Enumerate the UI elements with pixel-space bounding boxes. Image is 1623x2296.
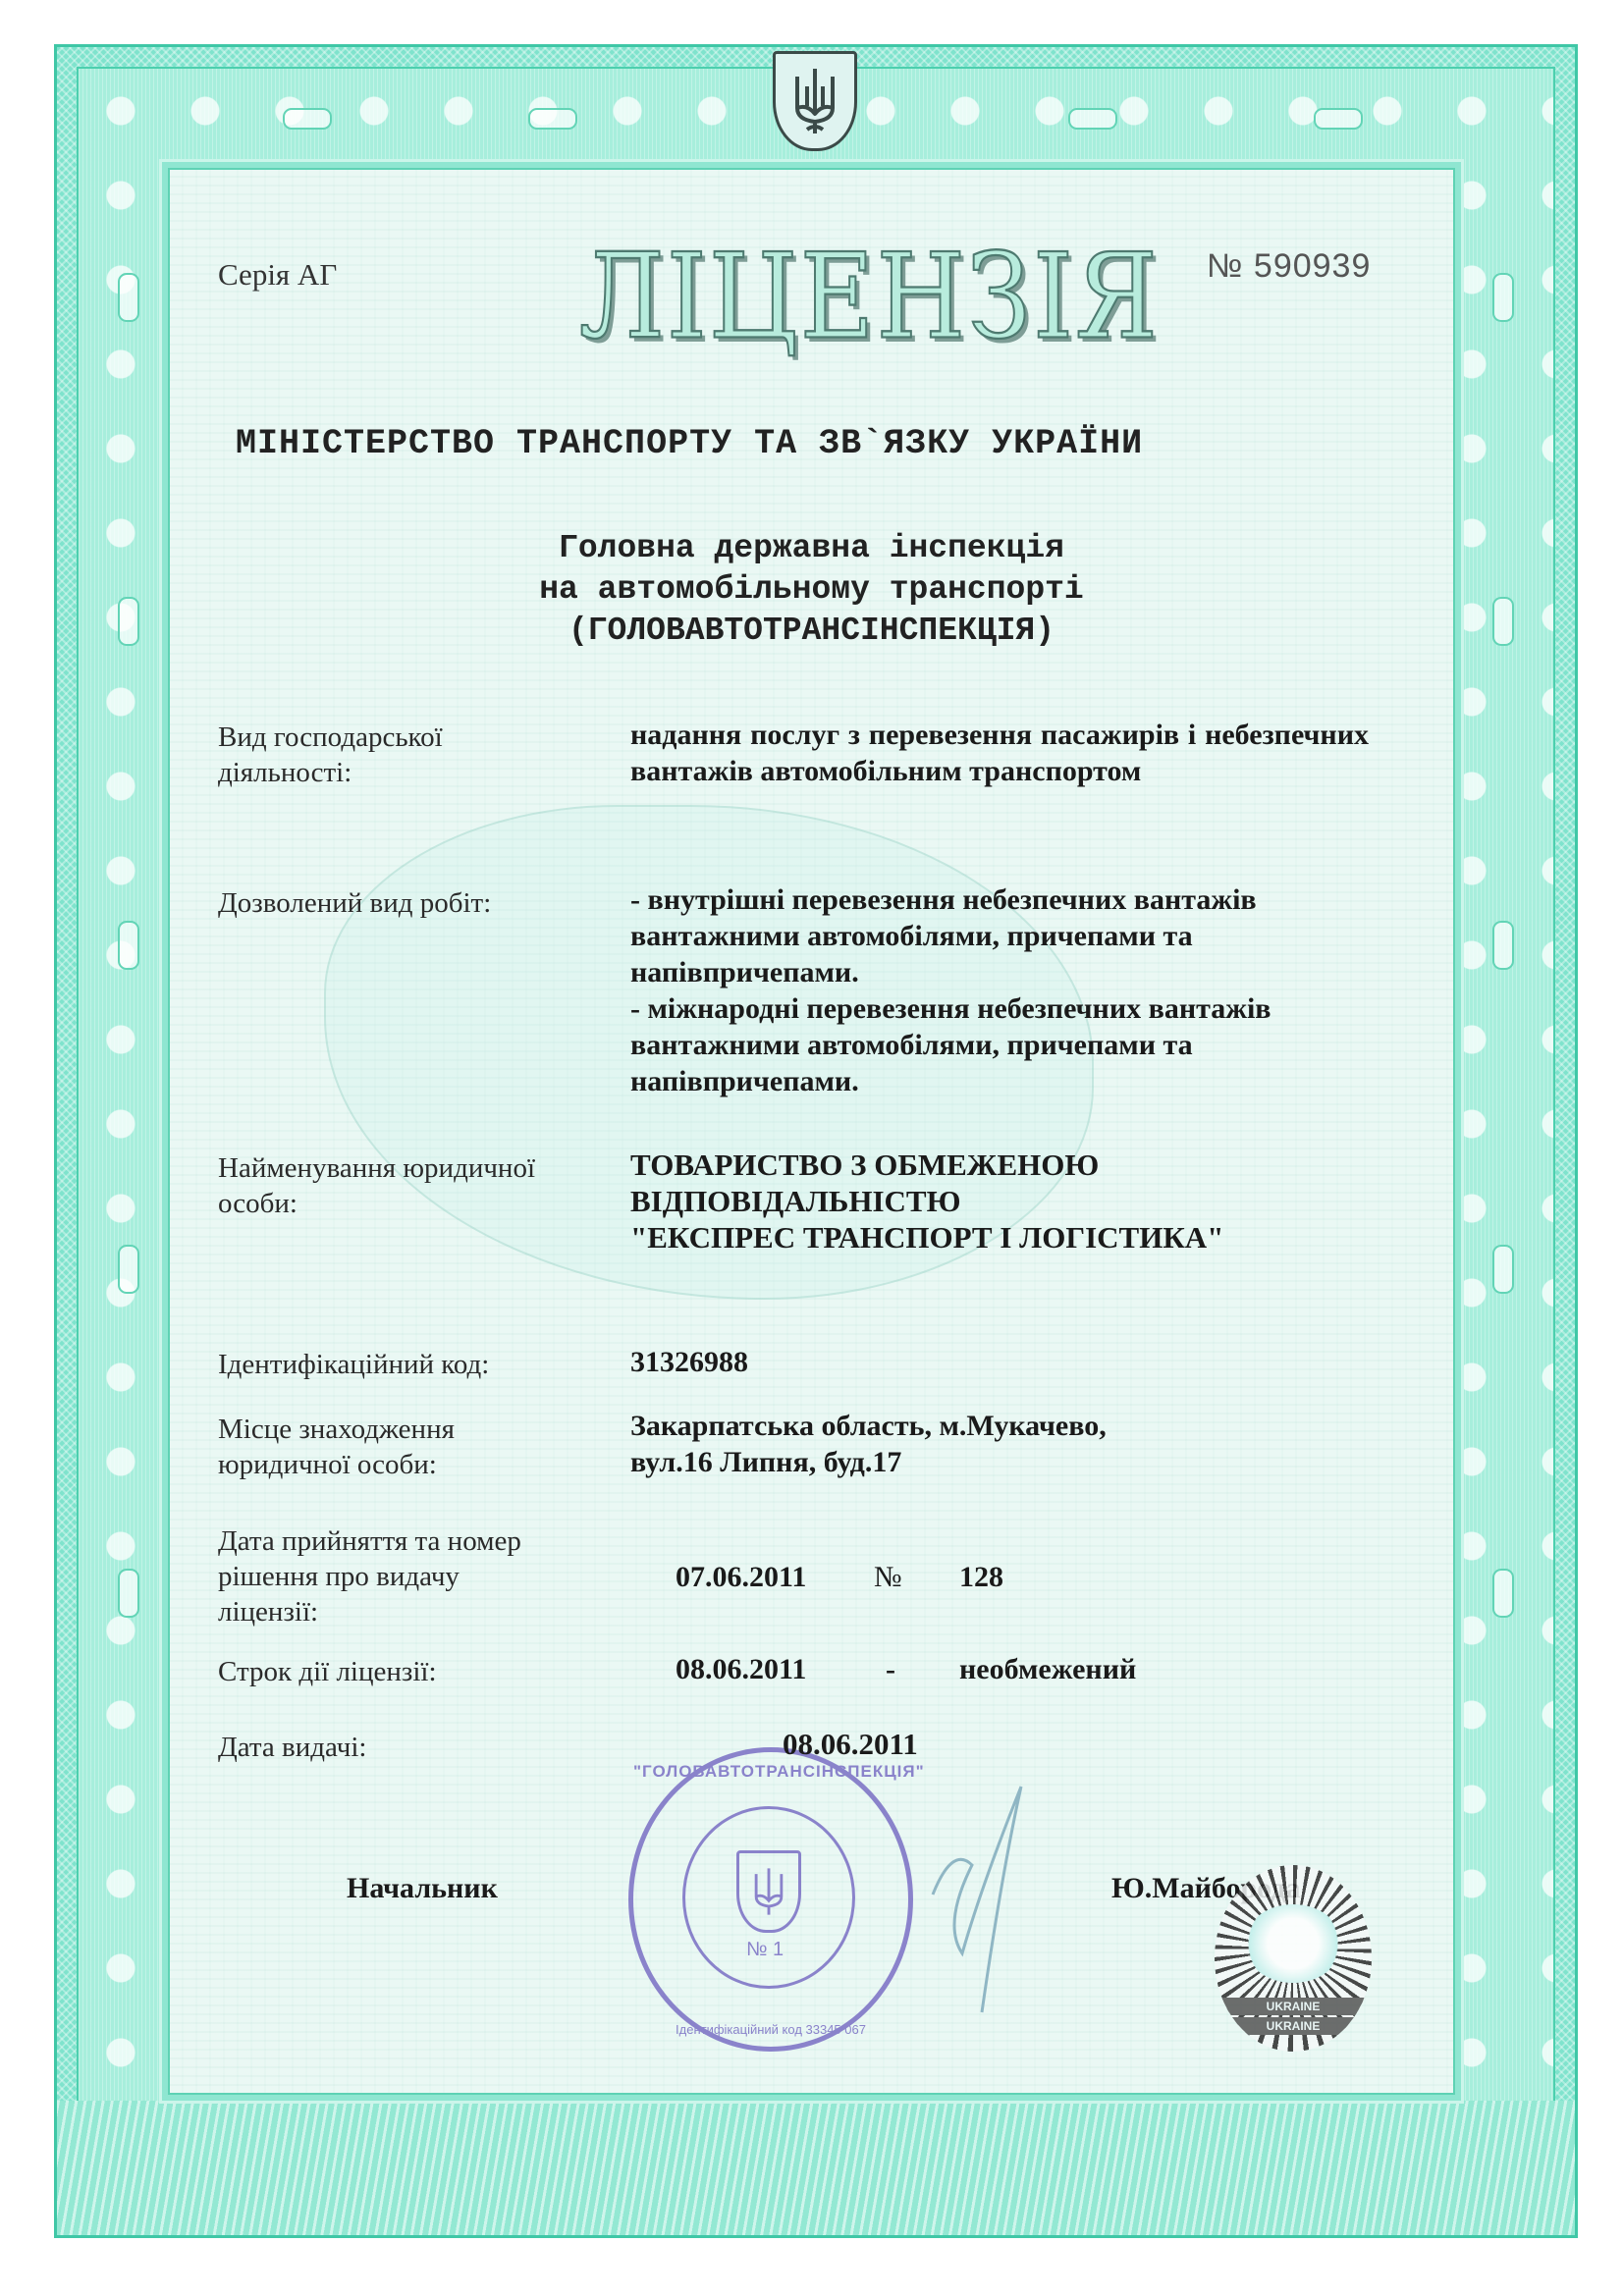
border-ornament <box>118 1245 139 1294</box>
validity-label: Строк дії ліцензії: <box>218 1654 437 1689</box>
border-ornament <box>283 108 332 130</box>
value-line: напівпричепами. <box>630 1063 1271 1099</box>
value-line: вантажними автомобілями, причепами та <box>630 918 1271 954</box>
label-line: Найменування юридичної <box>218 1150 535 1186</box>
value-line: вантажними автомобілями, причепами та <box>630 1027 1271 1063</box>
decision-label: Дата прийняття та номер рішення про вида… <box>218 1523 521 1629</box>
label-line: діяльності: <box>218 755 443 790</box>
location-label: Місце знаходження юридичної особи: <box>218 1412 455 1482</box>
validity-from: 08.06.2011 <box>676 1651 806 1687</box>
activity-value: надання послуг з перевезення пасажирів і… <box>630 717 1369 789</box>
value-line: ВІДПОВІДАЛЬНІСТЮ <box>630 1183 1223 1219</box>
value-line: - внутрішні перевезення небезпечних вант… <box>630 881 1271 918</box>
location-value: Закарпатська область, м.Мукачево, вул.16… <box>630 1408 1107 1480</box>
border-ornament <box>118 921 139 970</box>
id-code-value: 31326988 <box>630 1344 748 1380</box>
stamp-inner-ring: № 1 <box>682 1806 855 1989</box>
validity-dash: - <box>886 1651 895 1687</box>
inspection-name: Головна державна інспекція на автомобіль… <box>0 528 1623 652</box>
border-ornament <box>1492 1569 1514 1618</box>
label-line: Дата прийняття та номер <box>218 1523 521 1559</box>
hologram-band: UKRAINE <box>1215 1998 1372 2015</box>
value-line: "ЕКСПРЕС ТРАНСПОРТ І ЛОГІСТИКА" <box>630 1219 1223 1255</box>
border-ornament <box>1492 1245 1514 1294</box>
id-code-label: Ідентифікаційний код: <box>218 1347 489 1382</box>
inspection-line: Головна державна інспекція <box>0 528 1623 569</box>
signatory-position: Начальник <box>347 1870 498 1906</box>
decision-date: 07.06.2011 <box>676 1559 806 1595</box>
label-line: особи: <box>218 1186 535 1221</box>
entity-name-value: ТОВАРИСТВО З ОБМЕЖЕНОЮ ВІДПОВІДАЛЬНІСТЮ … <box>630 1147 1223 1255</box>
label-line: Місце знаходження <box>218 1412 455 1447</box>
label-line: юридичної особи: <box>218 1447 455 1482</box>
border-ornament <box>1314 108 1363 130</box>
value-line: - міжнародні перевезення небезпечних ван… <box>630 990 1271 1027</box>
border-ornament <box>118 273 139 322</box>
border-ornament <box>528 108 577 130</box>
label-line: рішення про видачу <box>218 1559 521 1594</box>
issue-date-label: Дата видачі: <box>218 1730 366 1765</box>
value-line: напівпричепами. <box>630 954 1271 990</box>
border-ornament <box>1492 921 1514 970</box>
inspection-line: (ГОЛОВАВТОТРАНСІНСПЕКЦІЯ) <box>0 611 1623 652</box>
entity-name-label: Найменування юридичної особи: <box>218 1150 535 1221</box>
license-series: Серія АГ <box>218 257 337 293</box>
stamp-text: "ГОЛОВАВТОТРАНСІНСПЕКЦІЯ" <box>633 1762 908 1782</box>
document-title: ЛІЦЕНЗІЯ <box>579 228 1160 365</box>
issue-date-value: 08.06.2011 <box>783 1726 918 1762</box>
hologram-map-icon <box>1244 1904 1342 1983</box>
border-ornament <box>1492 273 1514 322</box>
stamp-number: № 1 <box>746 1939 784 1961</box>
permitted-work-value: - внутрішні перевезення небезпечних вант… <box>630 881 1271 1099</box>
inspection-line: на автомобільному транспорті <box>0 569 1623 611</box>
hologram-band: UKRAINE <box>1215 2017 1372 2035</box>
license-number: № 590939 <box>1207 247 1371 286</box>
ministry-name: МІНІСТЕРСТВО ТРАНСПОРТУ ТА ЗВ`ЯЗКУ УКРАЇ… <box>236 424 1143 463</box>
stamp-bottom-text: Ідентифікаційний код 33345 067 <box>633 2022 908 2037</box>
border-ornament <box>1068 108 1117 130</box>
stamp-coat-of-arms-icon <box>736 1850 801 1933</box>
decision-number: 128 <box>959 1559 1003 1595</box>
label-line: ліцензії: <box>218 1594 521 1629</box>
label-line: Вид господарської <box>218 720 443 755</box>
floral-ornament-bottom <box>54 2101 1578 2238</box>
border-ornament <box>118 1569 139 1618</box>
decision-number-sign: № <box>874 1559 902 1595</box>
official-stamp: "ГОЛОВАВТОТРАНСІНСПЕКЦІЯ" № 1 Ідентифіка… <box>628 1747 913 2052</box>
coat-of-arms-icon <box>773 51 857 151</box>
value-line: вул.16 Липня, буд.17 <box>630 1444 1107 1480</box>
value-line: ТОВАРИСТВО З ОБМЕЖЕНОЮ <box>630 1147 1223 1183</box>
activity-label: Вид господарської діяльності: <box>218 720 443 790</box>
value-line: Закарпатська область, м.Мукачево, <box>630 1408 1107 1444</box>
permitted-work-label: Дозволений вид робіт: <box>218 885 491 921</box>
hologram-sticker: UKRAINE UKRAINE <box>1215 1865 1372 2052</box>
signature-scribble <box>913 1767 1051 2022</box>
validity-to: необмежений <box>959 1651 1136 1687</box>
